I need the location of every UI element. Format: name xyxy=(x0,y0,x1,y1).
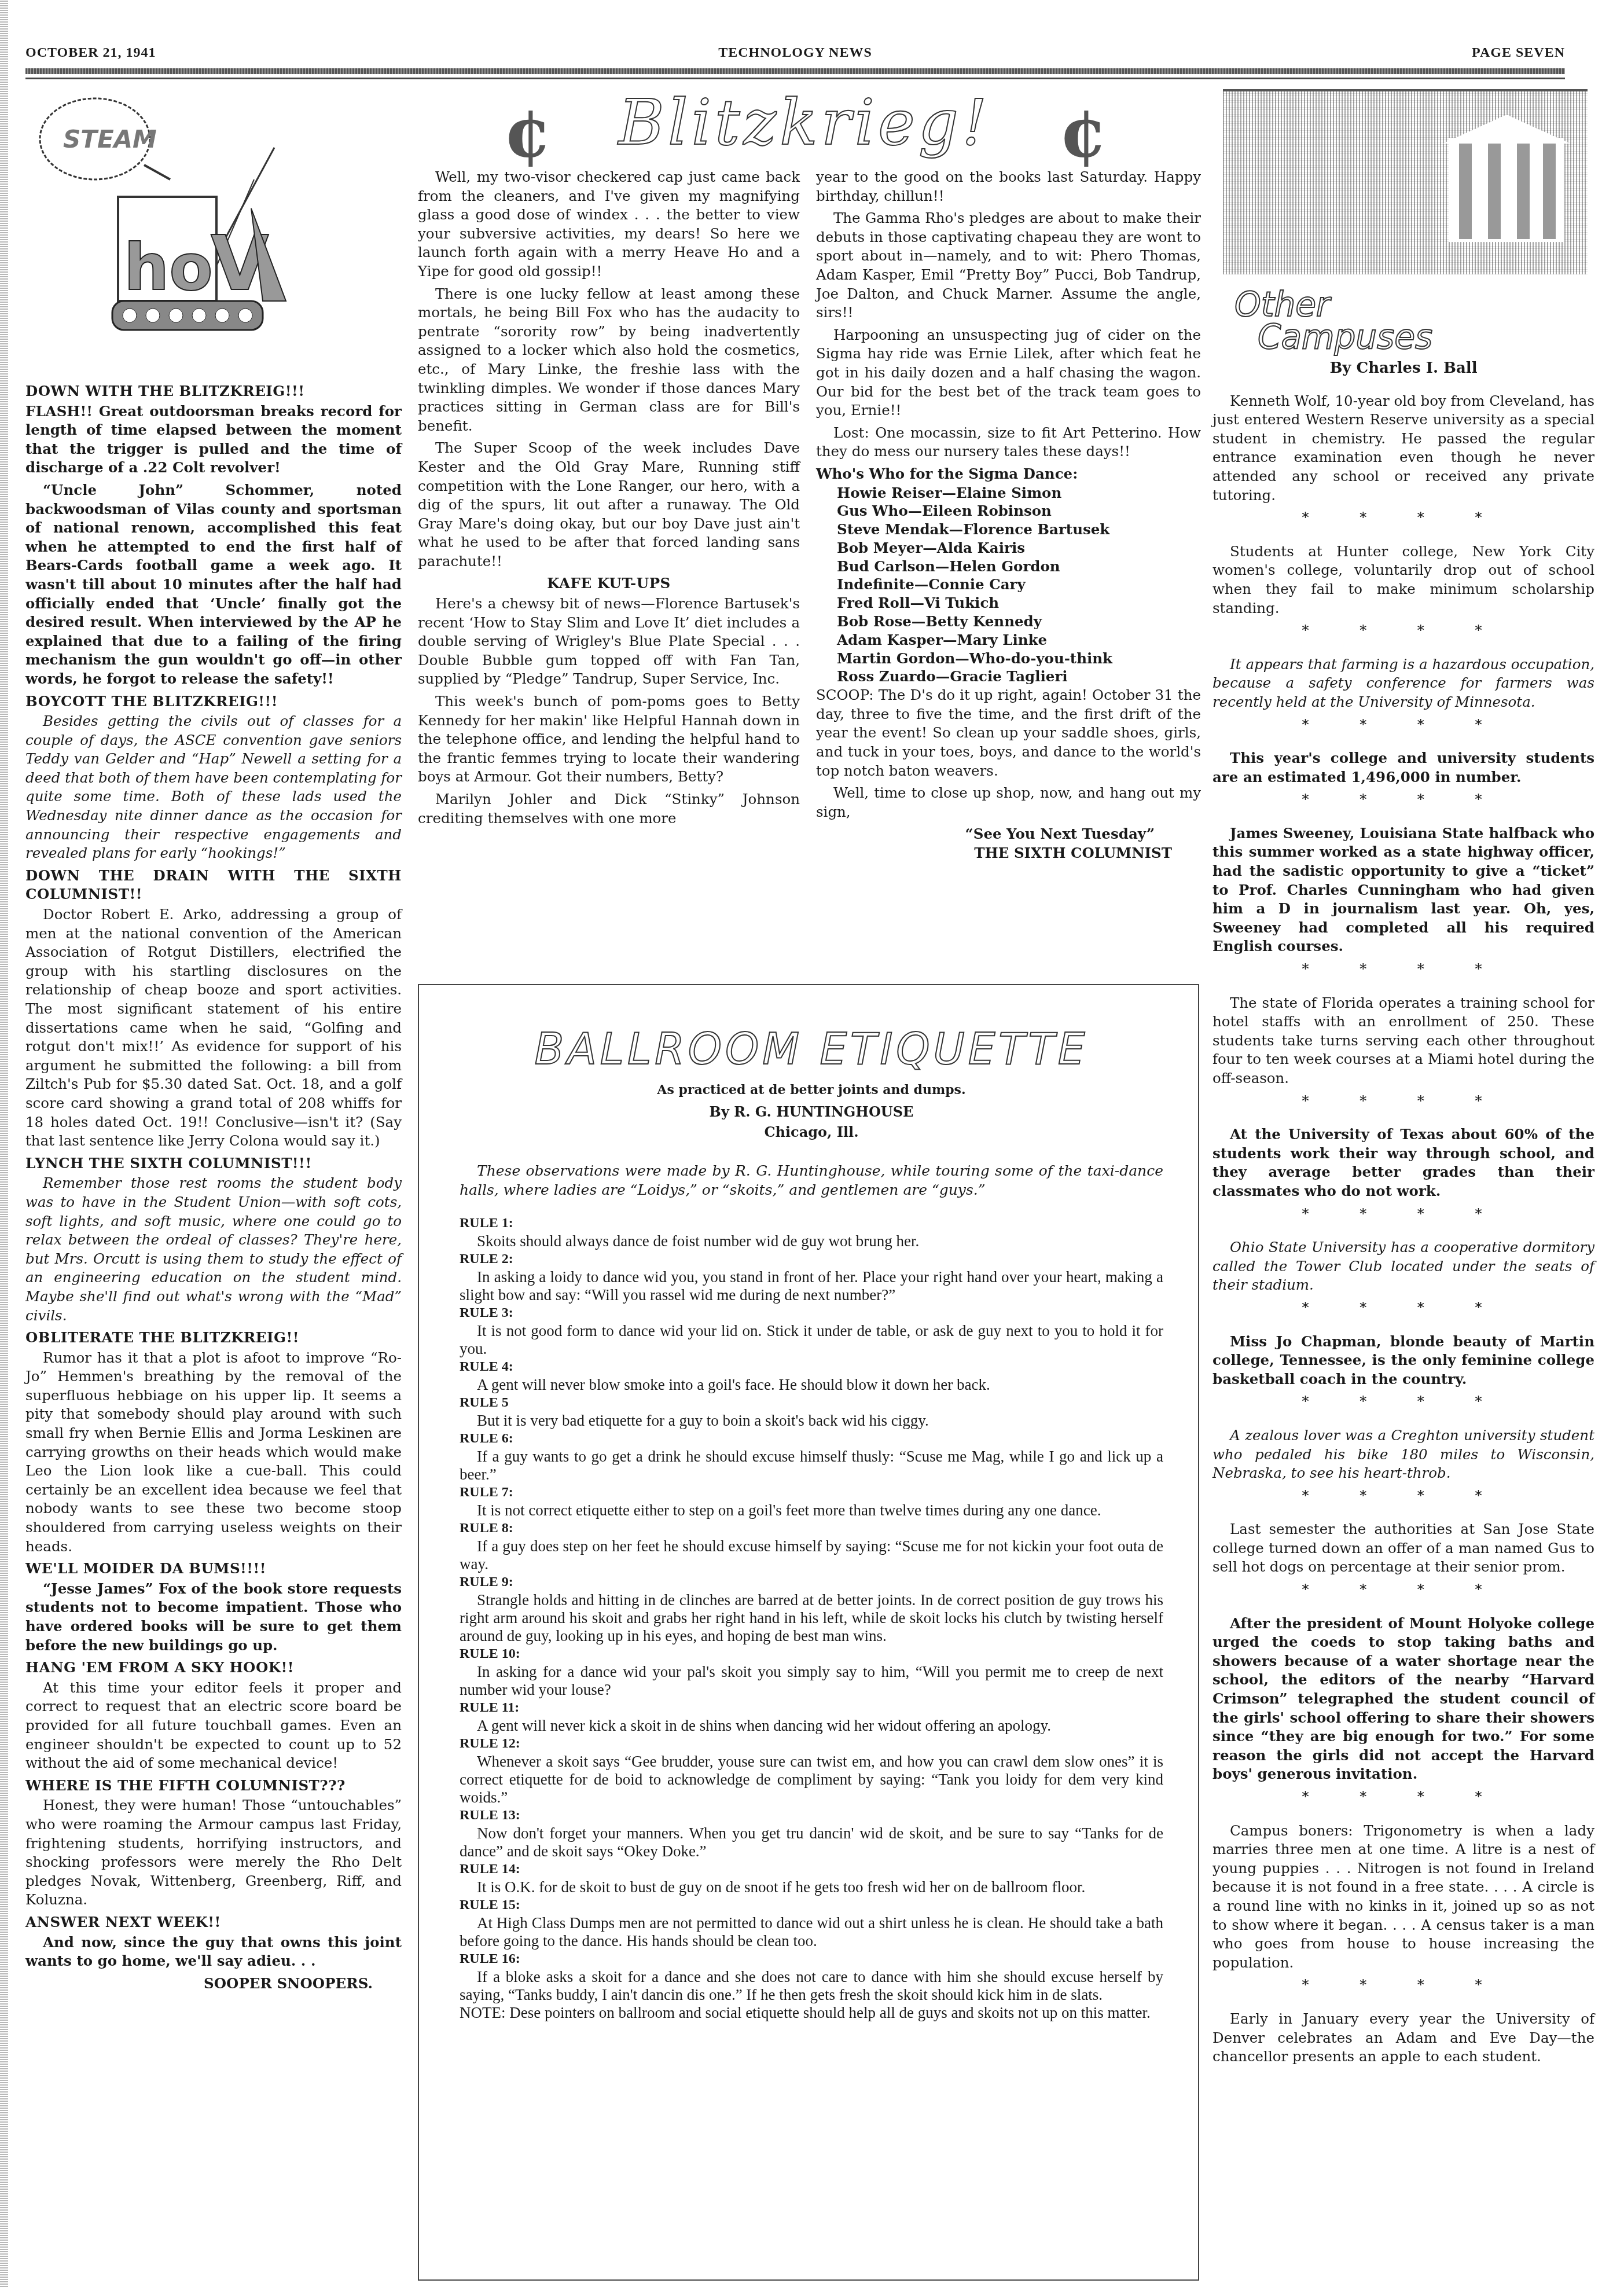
title-line: Campuses xyxy=(1234,321,1432,353)
whos-who-list: Howie Reiser—Elaine Simon Gus Who—Eileen… xyxy=(816,484,1201,687)
rule-text: In asking a loidy to dance wid you, you … xyxy=(460,1268,1163,1304)
other-campuses-title: Other Campuses xyxy=(1234,288,1432,353)
page-number: PAGE SEVEN xyxy=(1472,45,1565,61)
paragraph: year to the good on the books last Satur… xyxy=(816,168,1201,205)
rule-text: If a guy wants to go get a drink he shou… xyxy=(460,1448,1163,1484)
list-item: Bob Meyer—Alda Kairis xyxy=(837,539,1201,557)
paragraph: Rumor has it that a plot is afoot to imp… xyxy=(25,1349,402,1557)
paragraph: Harpooning an unsuspecting jug of cider … xyxy=(816,326,1201,420)
rule-text: Skoits should always dance de foist numb… xyxy=(460,1232,1163,1250)
ballroom-subtitle: As practiced at de better joints and dum… xyxy=(460,1082,1163,1097)
campus-item: Students at Hunter college, New York Cit… xyxy=(1213,542,1594,618)
list-item: Indefinite—Connie Cary xyxy=(837,575,1201,594)
separator-stars: * * * * xyxy=(1213,1392,1594,1411)
campus-item: After the president of Mount Holyoke col… xyxy=(1213,1614,1594,1784)
other-campuses-byline: By Charles I. Ball xyxy=(1213,359,1594,378)
paragraph: “Jesse James” Fox of the book store requ… xyxy=(25,1580,402,1655)
column-shape xyxy=(1488,144,1501,239)
section-heading: ANSWER NEXT WEEK!! xyxy=(25,1913,402,1932)
paragraph: Well, my two-visor checkered cap just ca… xyxy=(418,168,800,281)
campus-item: Kenneth Wolf, 10-year old boy from Cleve… xyxy=(1213,392,1594,505)
column-signature: SOOPER SNOOPERS. xyxy=(25,1974,402,1994)
section-heading: DOWN THE DRAIN WITH THE SIXTH COLUMNIST!… xyxy=(25,867,402,904)
ballroom-intro: These observations were made by R. G. Hu… xyxy=(460,1161,1163,1199)
separator-stars: * * * * xyxy=(1213,1486,1594,1506)
rule-label: RULE 6: xyxy=(460,1430,1163,1448)
section-heading: BOYCOTT THE BLITZKREIG!!! xyxy=(25,692,402,711)
column-shape xyxy=(1517,144,1530,239)
scoop-paragraph: SCOOP: The D's do it up right, again! Oc… xyxy=(816,686,1201,780)
section-heading: HANG 'EM FROM A SKY HOOK!! xyxy=(25,1658,402,1677)
list-item: Gus Who—Eileen Robinson xyxy=(837,502,1201,520)
kafe-kutups-heading: KAFE KUT-UPS xyxy=(418,574,800,593)
rule-text: At High Class Dumps men are not permitte… xyxy=(460,1914,1163,1950)
column-signature: THE SIXTH COLUMNIST xyxy=(816,844,1201,863)
campus-item: A zealous lover was a Creghton universit… xyxy=(1213,1426,1594,1483)
rule-text: It is not good form to dance wid your li… xyxy=(460,1322,1163,1358)
separator-stars: * * * * xyxy=(1213,1580,1594,1599)
campus-item: It appears that farming is a hazardous o… xyxy=(1213,655,1594,712)
rule-text: It is not correct etiquette either to st… xyxy=(460,1502,1163,1519)
masthead-rule-thin xyxy=(25,78,1565,79)
ballroom-byline: By R. G. HUNTINGHOUSE xyxy=(460,1103,1163,1120)
ballroom-title: BALLROOM ETIQUETTE xyxy=(460,1025,1163,1074)
separator-stars: * * * * xyxy=(1213,621,1594,640)
column-shape xyxy=(1459,144,1472,239)
separator-stars: * * * * xyxy=(1213,715,1594,735)
paragraph: Honest, they were human! Those “untoucha… xyxy=(25,1796,402,1910)
blitzkrieg-column-a: Well, my two-visor checkered cap just ca… xyxy=(418,168,800,831)
separator-stars: * * * * xyxy=(1213,1976,1594,1995)
campus-item: Last semester the authorities at San Jos… xyxy=(1213,1520,1594,1577)
rule-text: If a bloke asks a skoit for a dance and … xyxy=(460,1968,1163,2004)
list-item: Ross Zuardo—Gracie Taglieri xyxy=(837,667,1201,686)
paragraph: Marilyn Johler and Dick “Stinky” Johnson… xyxy=(418,790,800,828)
paragraph: FLASH!! Great outdoorsman breaks record … xyxy=(25,402,402,478)
rule-label: RULE 9: xyxy=(460,1573,1163,1591)
rule-label: RULE 5 xyxy=(460,1394,1163,1412)
campus-item: Campus boners: Trigonometry is when a la… xyxy=(1213,1822,1594,1973)
list-item: Fred Roll—Vi Tukich xyxy=(837,594,1201,612)
campus-item: Early in January every year the Universi… xyxy=(1213,2010,1594,2066)
paragraph: Remember those rest rooms the student bo… xyxy=(25,1174,402,1325)
rule-label: RULE 3: xyxy=(460,1304,1163,1322)
separator-stars: * * * * xyxy=(1213,790,1594,809)
separator-stars: * * * * xyxy=(1213,508,1594,527)
rule-text: Now don't forget your manners. When you … xyxy=(460,1825,1163,1860)
campus-item: Miss Jo Chapman, blonde beauty of Martin… xyxy=(1213,1332,1594,1389)
paragraph: “Uncle John” Schommer, noted backwoodsma… xyxy=(25,481,402,689)
steam-shovel-column: STEAM ho V DOWN WITH THE BLITZKREIG!!! F… xyxy=(25,87,402,1993)
paragraph: The Super Scoop of the week includes Dav… xyxy=(418,439,800,571)
rule-text: A gent will never kick a skoit in de shi… xyxy=(460,1717,1163,1735)
section-heading: WE'LL MOIDER DA BUMS!!!! xyxy=(25,1559,402,1578)
rule-text: If a guy does step on her feet he should… xyxy=(460,1537,1163,1573)
list-item: Steve Mendak—Florence Bartusek xyxy=(837,520,1201,539)
separator-stars: * * * * xyxy=(1213,960,1594,979)
ballroom-location: Chicago, Ill. xyxy=(460,1124,1163,1140)
campus-building-illustration: Other Campuses xyxy=(1223,89,1588,344)
rule-label: RULE 8: xyxy=(460,1519,1163,1537)
paragraph: At this time your editor feels it proper… xyxy=(25,1679,402,1773)
masthead-rule xyxy=(25,68,1565,74)
rule-text: In asking for a dance wid your pal's sko… xyxy=(460,1663,1163,1699)
list-item: Bob Rose—Betty Kennedy xyxy=(837,612,1201,631)
rule-label: RULE 14: xyxy=(460,1860,1163,1878)
rule-label: RULE 16: xyxy=(460,1950,1163,1968)
paragraph: This week's bunch of pom-poms goes to Be… xyxy=(418,692,800,787)
rule-label: RULE 12: xyxy=(460,1735,1163,1753)
paper-name: TECHNOLOGY NEWS xyxy=(25,45,1565,61)
separator-stars: * * * * xyxy=(1213,1298,1594,1317)
separator-stars: * * * * xyxy=(1213,1205,1594,1224)
list-item: Howie Reiser—Elaine Simon xyxy=(837,484,1201,502)
svg-text:ho: ho xyxy=(124,230,213,304)
cent-ornament-icon: ¢ xyxy=(1059,91,1108,173)
paragraph: And now, since the guy that owns this jo… xyxy=(25,1933,402,1971)
rule-text: Strangle holds and hitting in de clinche… xyxy=(460,1591,1163,1645)
list-item: Martin Gordon—Who-do-you-think xyxy=(837,649,1201,668)
section-heading: WHERE IS THE FIFTH COLUMNIST??? xyxy=(25,1776,402,1796)
paragraph: The Gamma Rho's pledges are about to mak… xyxy=(816,209,1201,322)
paragraph: Here's a chewsy bit of news—Florence Bar… xyxy=(418,594,800,689)
rule-label: RULE 2: xyxy=(460,1250,1163,1268)
ballroom-etiquette-box: BALLROOM ETIQUETTE As practiced at de be… xyxy=(418,984,1199,2281)
paragraph: Besides getting the civils out of classe… xyxy=(25,712,402,863)
paragraph: Well, time to close up shop, now, and ha… xyxy=(816,784,1201,821)
rule-label: RULE 11: xyxy=(460,1699,1163,1717)
blitzkrieg-column-b: year to the good on the books last Satur… xyxy=(816,168,1201,863)
rules-list: RULE 1: Skoits should always dance de fo… xyxy=(460,1214,1163,2022)
rule-text: Whenever a skoit says “Gee brudder, yous… xyxy=(460,1753,1163,1807)
list-item: Bud Carlson—Helen Gordon xyxy=(837,557,1201,576)
section-heading: LYNCH THE SIXTH COLUMNIST!!! xyxy=(25,1154,402,1173)
section-heading: OBLITERATE THE BLITZKREIG!! xyxy=(25,1328,402,1348)
campus-item: This year's college and university stude… xyxy=(1213,749,1594,787)
campus-item: The state of Florida operates a training… xyxy=(1213,994,1594,1088)
paragraph: Doctor Robert E. Arko, addressing a grou… xyxy=(25,905,402,1151)
title-line: Other xyxy=(1234,288,1432,321)
rule-label: RULE 4: xyxy=(460,1358,1163,1376)
blitzkrieg-header: ¢ Blitzkrieg! ¢ xyxy=(417,81,1192,168)
campus-item: James Sweeney, Louisiana State halfback … xyxy=(1213,824,1594,956)
rule-text: A gent will never blow smoke into a goil… xyxy=(460,1376,1163,1394)
steam-shovel-logo-icon: STEAM ho V xyxy=(31,93,303,365)
rule-label: RULE 10: xyxy=(460,1645,1163,1663)
separator-stars: * * * * xyxy=(1213,1787,1594,1807)
whos-who-heading: Who's Who for the Sigma Dance: xyxy=(816,465,1201,484)
ballroom-note: NOTE: Dese pointers on ballroom and soci… xyxy=(460,2004,1163,2022)
campus-item: Ohio State University has a cooperative … xyxy=(1213,1238,1594,1295)
rule-label: RULE 15: xyxy=(460,1896,1163,1914)
other-campuses-column: Other Campuses By Charles I. Ball Kennet… xyxy=(1213,87,1594,2070)
list-item: Adam Kasper—Mary Linke xyxy=(837,631,1201,649)
campus-item: At the University of Texas about 60% of … xyxy=(1213,1125,1594,1201)
rule-label: RULE 13: xyxy=(460,1807,1163,1825)
rule-text: It is O.K. for de skoit to bust de guy o… xyxy=(460,1878,1163,1896)
paragraph: Lost: One mocassin, size to fit Art Pett… xyxy=(816,424,1201,461)
section-heading: DOWN WITH THE BLITZKREIG!!! xyxy=(25,382,402,401)
svg-text:STEAM: STEAM xyxy=(63,125,157,153)
column-shape xyxy=(1543,144,1556,239)
sign-quote: “See You Next Tuesday” xyxy=(816,825,1201,844)
separator-stars: * * * * xyxy=(1213,1092,1594,1111)
paragraph: There is one lucky fellow at least among… xyxy=(418,285,800,436)
page-edge xyxy=(0,0,8,2287)
rule-label: RULE 1: xyxy=(460,1214,1163,1232)
rule-text: But it is very bad etiquette for a guy t… xyxy=(460,1412,1163,1430)
masthead: OCTOBER 21, 1941 TECHNOLOGY NEWS PAGE SE… xyxy=(25,45,1565,65)
rule-label: RULE 7: xyxy=(460,1484,1163,1502)
